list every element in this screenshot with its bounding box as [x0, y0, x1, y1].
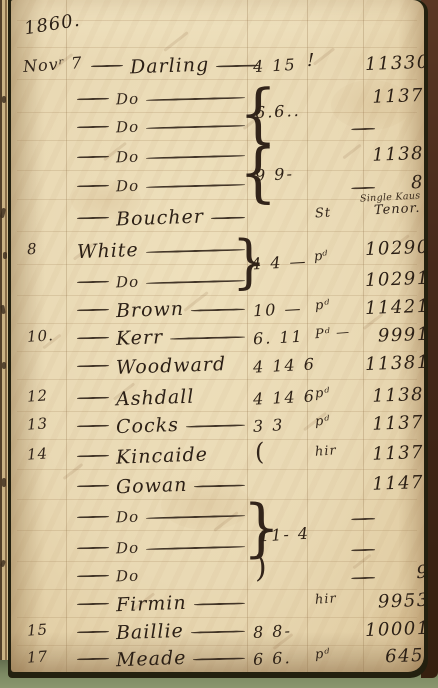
dash-mark: [146, 515, 245, 520]
price-value: 4 15: [253, 55, 298, 76]
tenor-annotation: Tenor.: [374, 201, 421, 218]
ledger-row: Firminhir9953.: [11, 590, 424, 618]
price-value: 3 3: [253, 415, 285, 436]
date-label: 12: [26, 386, 48, 405]
group-price-label: 11- 4: [259, 524, 311, 546]
dash-mark: [351, 577, 375, 580]
dash-mark: [77, 156, 109, 159]
name-line: Firmin: [77, 590, 245, 618]
price-value: 6 6.: [253, 648, 292, 669]
dash-mark: [77, 575, 109, 578]
dash-mark: [77, 337, 109, 340]
customer-name: Do: [116, 118, 140, 137]
name-line: Gowan: [77, 472, 245, 500]
customer-name: Darling: [130, 54, 210, 79]
dash-mark: [191, 308, 245, 311]
ledger-row: Do10291.: [11, 268, 424, 296]
name-line: Darling: [91, 52, 259, 80]
customer-name: Kerr: [116, 326, 164, 350]
group-price-label: 4 4 —: [251, 252, 308, 274]
ledger-row: Do)9-: [11, 562, 424, 590]
serial-number: 11476: [349, 471, 424, 495]
name-line: Kincaide: [77, 442, 245, 470]
name-line: Do: [77, 534, 245, 562]
dash-mark: [351, 128, 375, 131]
name-line: Baillie: [77, 618, 245, 646]
serial-number: 7: [349, 502, 424, 526]
serial-number: 11371: [349, 84, 424, 108]
serial-number: 2: [349, 112, 424, 136]
ledger-row: Gowan11476: [11, 472, 424, 500]
year-heading: 1860.: [23, 10, 82, 40]
ledger-row: Do8: [11, 534, 424, 562]
serial-number: 9953.: [349, 589, 424, 613]
payment-note: pᵈ: [313, 249, 328, 265]
dash-mark: [77, 603, 109, 606]
customer-name: Do: [116, 90, 140, 109]
dash-mark: [146, 280, 245, 285]
price-value: 4 14 6: [253, 354, 317, 376]
payment-note: St: [314, 205, 331, 221]
name-line: Do: [77, 268, 245, 296]
customer-name: Boucher: [116, 205, 205, 230]
dash-mark: [77, 365, 109, 368]
customer-name: Woodward: [116, 353, 227, 379]
name-line: Do: [77, 503, 245, 531]
payment-note: pᵈ: [314, 413, 331, 429]
group-price-label: 9 9-: [255, 164, 295, 185]
serial-number: 9991.: [349, 323, 424, 347]
dash-mark: [77, 217, 109, 220]
dash-mark: [193, 657, 245, 660]
ledger-row: BoucherSt: [11, 204, 424, 232]
dash-mark: [91, 65, 123, 68]
ledger-row: 14Kincaide(hir11372: [11, 442, 424, 470]
customer-name: Baillie: [116, 620, 185, 644]
dash-mark: [146, 125, 245, 130]
ledger-row: 12Ashdall4 14 6pᵈ11388: [11, 384, 424, 412]
dash-mark: [211, 217, 245, 220]
dash-mark: [77, 516, 109, 519]
customer-name: Do: [116, 148, 140, 167]
name-line: Do: [77, 143, 245, 171]
ledger-row: Do11371: [11, 85, 424, 113]
payment-note: Pᵈ —: [315, 325, 351, 342]
ledger-row: Do7: [11, 503, 424, 531]
dash-mark: [194, 602, 245, 605]
dash-mark: [186, 424, 245, 428]
dash-mark: [77, 455, 109, 458]
ledger-row: 10.Kerr6. 11Pᵈ —9991.: [11, 324, 424, 352]
price-value: 8 8-: [253, 621, 293, 642]
customer-name: Gowan: [116, 474, 188, 498]
serial-number: 11385: [349, 142, 424, 166]
payment-note: hir: [315, 591, 338, 607]
ledger-row: 13Cocks3 3pᵈ11373: [11, 412, 424, 440]
serial-number: 10290.: [349, 236, 424, 260]
date-label: Novʳ 7: [22, 53, 83, 76]
name-line: Do: [77, 113, 245, 141]
serial-number: 10001.: [349, 617, 424, 641]
scanned-ledger-photo: 1860. Novʳ 7Darling4 15!11330.Do11371Do2…: [0, 0, 438, 688]
dash-mark: [194, 484, 245, 487]
customer-name: Do: [116, 539, 140, 558]
date-label: 15: [26, 620, 48, 639]
serial-number: 11421.: [349, 295, 424, 319]
dash-mark: [77, 309, 109, 312]
date-label: 8: [26, 240, 38, 259]
serial-number: 6454: [349, 644, 424, 668]
ledger-row: Do11385: [11, 143, 424, 171]
date-label: 17: [26, 647, 48, 666]
dash-mark: [77, 485, 109, 488]
dash-mark: [77, 425, 109, 428]
ledger-row: Woodward4 14 611381.: [11, 352, 424, 380]
name-line: Boucher: [77, 204, 245, 232]
name-line: White: [77, 237, 245, 265]
dash-mark: [146, 249, 245, 254]
dash-mark: [351, 518, 375, 521]
name-line: Brown: [77, 296, 245, 324]
ledger-row: 17Meade6 6.pᵈ6454: [11, 645, 424, 672]
serial-number: 9-: [349, 561, 424, 585]
dash-mark: [77, 98, 109, 101]
name-line: Meade: [77, 645, 245, 672]
payment-note: hir: [315, 443, 338, 459]
dash-mark: [146, 546, 245, 551]
price-mark: !: [307, 50, 314, 71]
name-line: Woodward: [77, 352, 245, 380]
serial-number: 11373: [349, 411, 424, 435]
customer-name: Meade: [116, 647, 187, 671]
dash-mark: [77, 281, 109, 284]
dash-mark: [77, 547, 109, 550]
customer-name: Ashdall: [116, 386, 195, 411]
group-price-label: 6.6..: [255, 101, 302, 122]
payment-note: pᵈ: [314, 646, 331, 662]
payment-note: pᵈ: [314, 385, 331, 401]
customer-name: Do: [116, 177, 140, 196]
date-label: 14: [26, 444, 48, 463]
ledger-row: Novʳ 7Darling4 15!11330.: [11, 52, 424, 80]
name-line: Do: [77, 562, 245, 590]
name-line: Do: [77, 85, 245, 113]
ledger-page: 1860. Novʳ 7Darling4 15!11330.Do11371Do2…: [11, 0, 424, 672]
dash-mark: [77, 185, 109, 188]
customer-name: Firmin: [116, 592, 187, 616]
ledger-row: 15Baillie8 8-10001.: [11, 618, 424, 646]
showthrough-mark: [163, 31, 188, 52]
name-line: Do: [77, 172, 245, 200]
ledger-row: Brown10 —pᵈ11421.: [11, 296, 424, 324]
serial-number: 11381.: [349, 351, 424, 375]
serial-number: 11372: [349, 441, 424, 465]
horizontal-rule: [17, 47, 417, 48]
dash-mark: [170, 336, 245, 340]
customer-name: Brown: [116, 298, 185, 322]
name-line: Kerr: [77, 324, 245, 352]
price-value: 10 —: [253, 299, 303, 321]
dash-mark: [351, 187, 375, 190]
customer-name: White: [77, 239, 139, 263]
dash-mark: [77, 658, 109, 661]
dash-mark: [146, 155, 245, 160]
customer-name: Do: [116, 273, 140, 292]
dash-mark: [146, 184, 245, 189]
ledger-row: Do2: [11, 113, 424, 141]
customer-name: Do: [116, 508, 140, 527]
customer-name: Do: [116, 567, 140, 586]
dash-mark: [77, 631, 109, 634]
customer-name: Kincaide: [116, 443, 209, 468]
customer-name: Cocks: [116, 414, 180, 438]
date-label: 10.: [26, 326, 54, 346]
price-value: 6. 11: [253, 327, 305, 349]
date-label: 13: [26, 414, 48, 433]
serial-number: 10291.: [349, 267, 424, 291]
dash-mark: [77, 126, 109, 129]
bracket-mark: (: [255, 438, 264, 466]
name-line: Cocks: [77, 412, 245, 440]
serial-number: 11388: [349, 383, 424, 407]
serial-number: 8: [349, 533, 424, 557]
price-value: 4 14 6: [253, 386, 317, 408]
payment-note: pᵈ: [314, 297, 331, 313]
dash-mark: [77, 397, 109, 400]
name-line: Ashdall: [77, 384, 245, 412]
dash-mark: [191, 630, 245, 633]
ledger-row: 8White10290.: [11, 237, 424, 265]
dash-mark: [351, 549, 375, 552]
serial-number: 11330.: [349, 51, 424, 75]
dash-mark: [146, 97, 245, 102]
